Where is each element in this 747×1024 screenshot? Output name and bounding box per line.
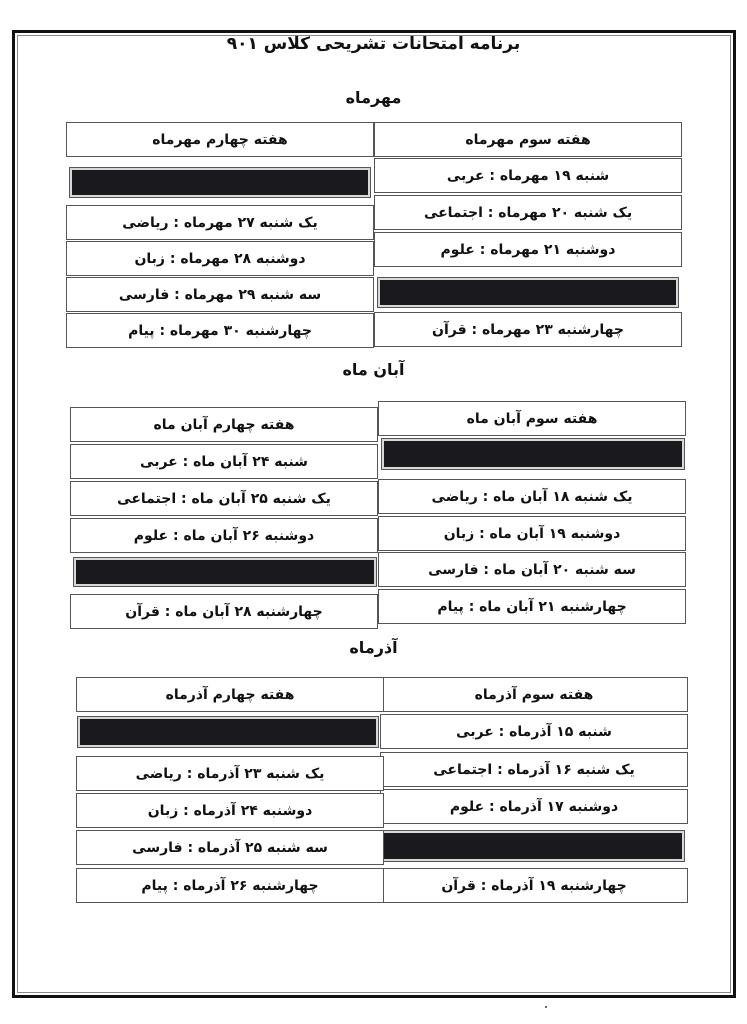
exam-entry: شنبه ۱۹ مهرماه : عربی xyxy=(374,158,682,193)
schedule-table-mehr: هفته سوم مهرماه شنبه ۱۹ مهرماه : عربی یک… xyxy=(66,122,684,350)
redacted-entry xyxy=(378,278,678,307)
exam-entry: دوشنبه ۱۹ آبان ماه : زبان xyxy=(378,516,686,551)
exam-entry: یک شنبه ۱۶ آذرماه : اجتماعی xyxy=(380,752,688,787)
exam-entry: شنبه ۱۵ آذرماه : عربی xyxy=(380,714,688,749)
week-header: هفته سوم آبان ماه xyxy=(378,401,686,436)
section-heading-azar: آذرماه xyxy=(0,638,747,657)
exam-entry: چهارشنبه ۲۶ آذرماه : پیام xyxy=(76,868,384,903)
document-title: برنامه امتحانات تشریحی کلاس ۹۰۱ xyxy=(0,34,747,54)
week-header: هفته چهارم آذرماه xyxy=(76,677,384,712)
scan-speck xyxy=(545,1006,547,1008)
exam-entry: یک شنبه ۲۷ مهرماه : ریاضی xyxy=(66,205,374,240)
exam-entry: سه شنبه ۲۵ آذرماه : فارسی xyxy=(76,830,384,865)
redacted-entry xyxy=(74,558,376,586)
redacted-entry xyxy=(78,717,378,747)
exam-entry: چهارشنبه ۲۳ مهرماه : قرآن xyxy=(374,312,682,347)
exam-entry: چهارشنبه ۱۹ آذرماه : قرآن xyxy=(380,868,688,903)
schedule-table-azar: هفته سوم آذرماه شنبه ۱۵ آذرماه : عربی یک… xyxy=(76,677,690,907)
exam-entry: شنبه ۲۴ آبان ماه : عربی xyxy=(70,444,378,479)
schedule-table-aban: هفته سوم آبان ماه یک شنبه ۱۸ آبان ماه : … xyxy=(70,401,688,633)
week-header: هفته سوم مهرماه xyxy=(374,122,682,157)
section-heading-mehr: مهرماه xyxy=(0,88,747,107)
redacted-entry xyxy=(382,439,684,469)
exam-entry: چهارشنبه ۲۱ آبان ماه : پیام xyxy=(378,589,686,624)
week-header: هفته چهارم مهرماه xyxy=(66,122,374,157)
week-header: هفته سوم آذرماه xyxy=(380,677,688,712)
exam-entry: چهارشنبه ۲۸ آبان ماه : قرآن xyxy=(70,594,378,629)
exam-entry: دوشنبه ۲۸ مهرماه : زبان xyxy=(66,241,374,276)
exam-entry: یک شنبه ۱۸ آبان ماه : ریاضی xyxy=(378,479,686,514)
redacted-entry xyxy=(70,168,370,197)
exam-entry: دوشنبه ۲۶ آبان ماه : علوم xyxy=(70,518,378,553)
section-heading-aban: آبان ماه xyxy=(0,360,747,379)
exam-entry: یک شنبه ۲۰ مهرماه : اجتماعی xyxy=(374,195,682,230)
exam-entry: دوشنبه ۱۷ آذرماه : علوم xyxy=(380,789,688,824)
week-header: هفته چهارم آبان ماه xyxy=(70,407,378,442)
exam-entry: دوشنبه ۲۱ مهرماه : علوم xyxy=(374,232,682,267)
exam-entry: چهارشنبه ۳۰ مهرماه : پیام xyxy=(66,313,374,348)
exam-entry: سه شنبه ۲۹ مهرماه : فارسی xyxy=(66,277,374,312)
exam-entry: دوشنبه ۲۴ آذرماه : زبان xyxy=(76,793,384,828)
exam-entry: سه شنبه ۲۰ آبان ماه : فارسی xyxy=(378,552,686,587)
exam-entry: یک شنبه ۲۵ آبان ماه : اجتماعی xyxy=(70,481,378,516)
exam-entry: یک شنبه ۲۳ آذرماه : ریاضی xyxy=(76,756,384,791)
redacted-entry xyxy=(382,831,684,861)
